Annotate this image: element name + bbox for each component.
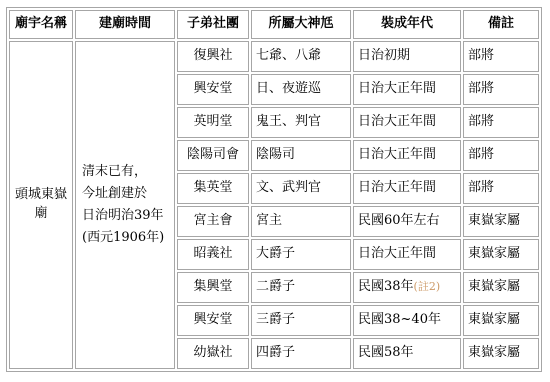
era-cell: 民國58年 <box>353 338 461 369</box>
deity-cell: 二爵子 <box>251 272 351 303</box>
remark-cell: 東嶽家屬 <box>463 206 539 237</box>
era-text: 民國38年 <box>358 279 414 294</box>
remark-cell: 部將 <box>463 140 539 171</box>
column-header-remark: 備註 <box>463 10 539 39</box>
society-cell: 集英堂 <box>177 173 249 204</box>
remark-cell: 部將 <box>463 74 539 105</box>
era-text: 日治大正年間 <box>358 180 436 195</box>
built-time-line: (西元1906年) <box>82 230 164 245</box>
remark-cell: 部將 <box>463 41 539 72</box>
column-header-temple: 廟宇名稱 <box>9 10 73 39</box>
era-cell: 日治大正年間 <box>353 173 461 204</box>
deity-cell: 日、夜遊巡 <box>251 74 351 105</box>
society-cell: 興安堂 <box>177 305 249 336</box>
remark-cell: 東嶽家屬 <box>463 305 539 336</box>
era-footnote-link[interactable]: (註2) <box>414 280 441 293</box>
page: 廟宇名稱建廟時間子弟社團所屬大神尪裝成年代備註 頭城東嶽廟清末已有，今址創建於日… <box>0 0 550 382</box>
column-header-society: 子弟社團 <box>177 10 249 39</box>
era-cell: 日治初期 <box>353 41 461 72</box>
table-header: 廟宇名稱建廟時間子弟社團所屬大神尪裝成年代備註 <box>9 10 539 39</box>
deity-cell: 文、武判官 <box>251 173 351 204</box>
era-cell: 日治大正年間 <box>353 140 461 171</box>
remark-cell: 東嶽家屬 <box>463 272 539 303</box>
remark-cell: 部將 <box>463 107 539 138</box>
remark-cell: 東嶽家屬 <box>463 338 539 369</box>
column-header-deity: 所屬大神尪 <box>251 10 351 39</box>
temple-name-cell: 頭城東嶽廟 <box>9 41 73 369</box>
deity-cell: 七爺、八爺 <box>251 41 351 72</box>
era-cell: 民國38~40年 <box>353 305 461 336</box>
society-cell: 英明堂 <box>177 107 249 138</box>
era-cell: 日治大正年間 <box>353 107 461 138</box>
era-cell: 日治大正年間 <box>353 74 461 105</box>
era-cell: 民國60年左右 <box>353 206 461 237</box>
era-text: 日治大正年間 <box>358 246 436 261</box>
era-cell: 民國38年(註2) <box>353 272 461 303</box>
built-time-line: 清末已有， <box>82 164 147 179</box>
era-text: 日治大正年間 <box>358 114 436 129</box>
deity-cell: 四爵子 <box>251 338 351 369</box>
society-cell: 興安堂 <box>177 74 249 105</box>
society-cell: 幼嶽社 <box>177 338 249 369</box>
era-text: 日治大正年間 <box>358 81 436 96</box>
table-body: 頭城東嶽廟清末已有，今址創建於日治明治39年(西元1906年)復興社七爺、八爺日… <box>9 41 539 369</box>
era-text: 民國60年左右 <box>358 213 440 228</box>
era-text: 日治大正年間 <box>358 147 436 162</box>
built-time-line: 日治明治39年 <box>82 208 164 223</box>
table-row: 頭城東嶽廟清末已有，今址創建於日治明治39年(西元1906年)復興社七爺、八爺日… <box>9 41 539 72</box>
society-cell: 昭義社 <box>177 239 249 270</box>
society-cell: 復興社 <box>177 41 249 72</box>
deity-cell: 大爵子 <box>251 239 351 270</box>
column-header-era: 裝成年代 <box>353 10 461 39</box>
era-text: 民國58年 <box>358 345 414 360</box>
deity-cell: 陰陽司 <box>251 140 351 171</box>
society-cell: 宮主會 <box>177 206 249 237</box>
column-header-built: 建廟時間 <box>75 10 175 39</box>
deity-cell: 鬼王、判官 <box>251 107 351 138</box>
remark-cell: 東嶽家屬 <box>463 239 539 270</box>
society-cell: 陰陽司會 <box>177 140 249 171</box>
era-text: 民國38~40年 <box>358 312 441 327</box>
temple-table: 廟宇名稱建廟時間子弟社團所屬大神尪裝成年代備註 頭城東嶽廟清末已有，今址創建於日… <box>6 7 542 372</box>
era-cell: 日治大正年間 <box>353 239 461 270</box>
society-cell: 集興堂 <box>177 272 249 303</box>
era-text: 日治初期 <box>358 48 410 63</box>
deity-cell: 三爵子 <box>251 305 351 336</box>
built-time-line: 今址創建於 <box>82 186 147 201</box>
table-header-row: 廟宇名稱建廟時間子弟社團所屬大神尪裝成年代備註 <box>9 10 539 39</box>
built-time-cell: 清末已有，今址創建於日治明治39年(西元1906年) <box>75 41 175 369</box>
deity-cell: 宮主 <box>251 206 351 237</box>
remark-cell: 部將 <box>463 173 539 204</box>
